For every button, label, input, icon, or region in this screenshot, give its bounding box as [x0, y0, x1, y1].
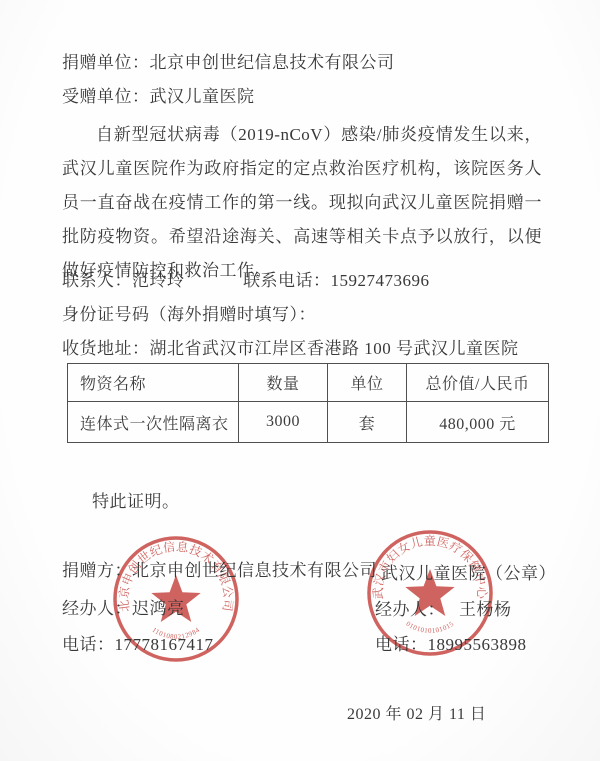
- donor-party-label: 捐赠方：: [62, 561, 132, 580]
- address-value: 湖北省武汉市江岸区香港路 100 号武汉儿童医院: [150, 339, 519, 358]
- contact-person-line: 联系人：范玲玲: [62, 266, 185, 291]
- header-quantity: 数量: [239, 364, 328, 402]
- cell-total-value: 480,000 元: [407, 402, 549, 443]
- document-date: 2020 年 02 月 11 日: [347, 701, 486, 724]
- recipient-unit-value: 武汉儿童医院: [150, 87, 255, 106]
- donation-certificate-document: 捐赠单位：北京申创世纪信息技术有限公司 受赠单位：武汉儿童医院 自新型冠状病毒（…: [0, 0, 600, 761]
- donor-handler-line: 经办人：迟鸿亮: [62, 594, 185, 619]
- recipient-handler-name: 王杨杨: [459, 600, 512, 619]
- donor-party-value: 北京申创世纪信息技术有限公司: [132, 561, 377, 580]
- recipient-unit-label: 受赠单位：: [62, 87, 150, 106]
- contact-label: 联系人：: [62, 271, 132, 290]
- cell-unit: 套: [328, 402, 407, 443]
- contact-phone-line: 联系电话：15927473696: [243, 266, 430, 291]
- header-total-value: 总价值/人民币: [407, 364, 549, 402]
- recipient-phone-label: 电话：: [375, 635, 428, 654]
- address-label: 收货地址：: [62, 339, 150, 358]
- recipient-unit-line: 受赠单位：武汉儿童医院: [62, 82, 255, 107]
- recipient-handler-label: 经办人：: [375, 600, 445, 619]
- header-unit: 单位: [328, 364, 407, 402]
- donor-handler-label: 经办人：: [62, 599, 132, 618]
- body-paragraph: 自新型冠状病毒（2019-nCoV）感染/肺炎疫情发生以来，武汉儿童医院作为政府…: [62, 118, 542, 288]
- header-item-name: 物资名称: [68, 364, 239, 402]
- contact-name: 范玲玲: [132, 271, 185, 290]
- contact-phone-label: 联系电话：: [243, 271, 331, 290]
- id-number-line: 身份证号码（海外捐赠时填写）：: [62, 300, 316, 325]
- goods-table: 物资名称 数量 单位 总价值/人民币 连体式一次性隔离衣 3000 套 480,…: [67, 363, 549, 443]
- delivery-address-line: 收货地址：湖北省武汉市江岸区香港路 100 号武汉儿童医院: [62, 334, 519, 359]
- cell-quantity: 3000: [239, 402, 328, 443]
- recipient-seal-caption: 武汉儿童医院（公章）: [381, 559, 556, 584]
- donor-party-line: 捐赠方：北京申创世纪信息技术有限公司: [62, 556, 377, 581]
- recipient-phone-value: 18995563898: [428, 635, 527, 654]
- donor-handler-name: 迟鸿亮: [132, 599, 185, 618]
- contact-phone-value: 15927473696: [331, 271, 430, 290]
- certify-line: 特此证明。: [92, 487, 180, 512]
- donor-unit-value: 北京申创世纪信息技术有限公司: [150, 53, 395, 72]
- cell-item-name: 连体式一次性隔离衣: [68, 402, 239, 443]
- recipient-handler-line: 经办人：王杨杨: [375, 595, 512, 620]
- donor-phone-label: 电话：: [62, 635, 115, 654]
- donor-unit-label: 捐赠单位：: [62, 53, 150, 72]
- donor-phone-line: 电话：17778167417: [62, 630, 214, 655]
- goods-table-row: 连体式一次性隔离衣 3000 套 480,000 元: [68, 402, 549, 443]
- goods-table-header-row: 物资名称 数量 单位 总价值/人民币: [68, 364, 549, 402]
- donor-unit-line: 捐赠单位：北京申创世纪信息技术有限公司: [62, 48, 395, 73]
- recipient-phone-line: 电话：18995563898: [375, 630, 527, 655]
- donor-phone-value: 17778167417: [115, 635, 214, 654]
